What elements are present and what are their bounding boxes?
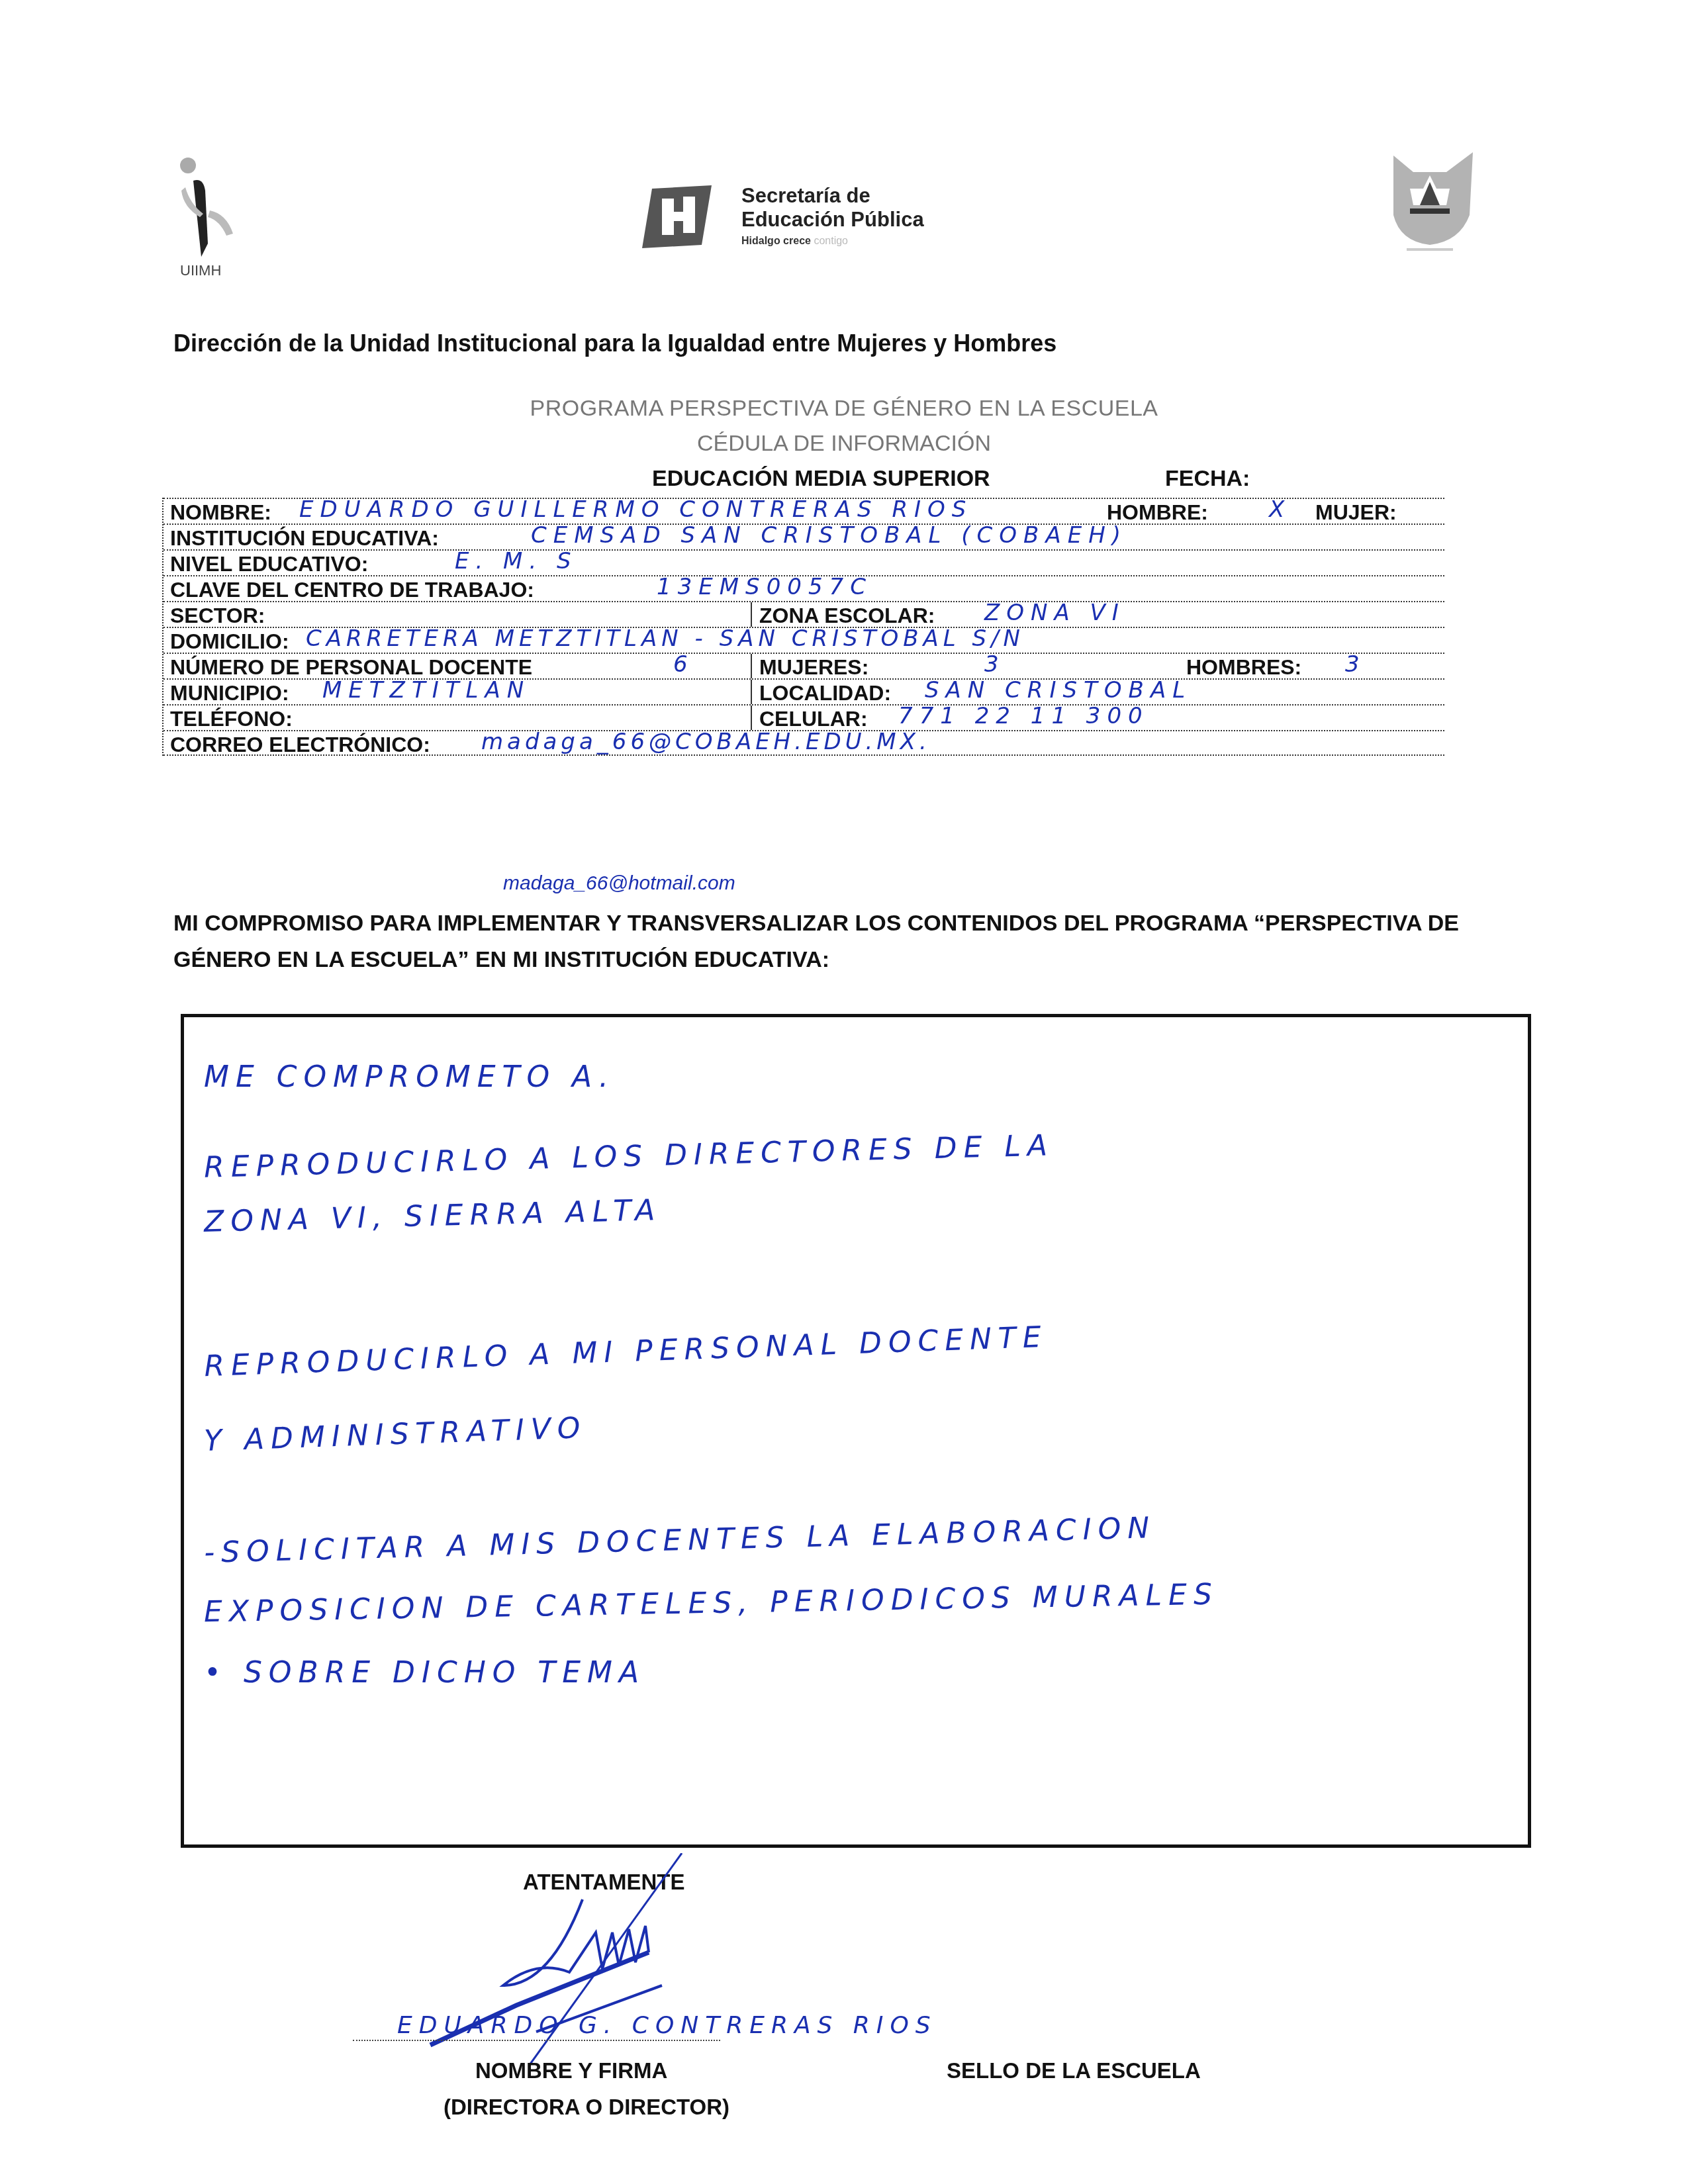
zona-field[interactable]: ZONA VI	[984, 600, 1125, 626]
uiimh-logo: UIIMH	[173, 151, 246, 283]
sector-label: SECTOR:	[170, 604, 265, 628]
program-title: PROGRAMA PERSPECTIVA DE GÉNERO EN LA ESC…	[0, 396, 1688, 422]
cedula-title: CÉDULA DE INFORMACIÓN	[0, 431, 1688, 457]
director-label: (DIRECTORA O DIRECTOR)	[444, 2095, 729, 2120]
sep-line1: Secretaría de	[741, 184, 870, 208]
nombre-firma-label: NOMBRE Y FIRMA	[475, 2058, 667, 2083]
commitment-line: ZONA VI, SIERRA ALTA	[203, 1193, 661, 1239]
signature-line	[353, 2040, 720, 2041]
municipio-label: MUNICIPIO:	[170, 681, 289, 705]
level-title: EDUCACIÓN MEDIA SUPERIOR	[652, 466, 990, 492]
alternate-email: madaga_66@hotmail.com	[503, 872, 735, 895]
localidad-field[interactable]: SAN CRISTOBAL	[925, 677, 1192, 704]
row-personal: NÚMERO DE PERSONAL DOCENTE 6 MUJERES: 3 …	[164, 653, 1444, 678]
commitment-line: REPRODUCIRLO A LOS DIRECTORES DE LA	[204, 1128, 1055, 1185]
sello-label: SELLO DE LA ESCUELA	[947, 2058, 1201, 2083]
sep-line2: Educación Pública	[741, 208, 924, 232]
personal-docente-field[interactable]: 6	[673, 651, 694, 678]
nombre-label: NOMBRE:	[170, 500, 271, 525]
localidad-label: LOCALIDAD:	[759, 681, 891, 705]
row-telefono: TELÉFONO: CELULAR: 771 22 11 300	[164, 704, 1444, 730]
nombre-field[interactable]: EDUARDO GUILLERMO CONTRERAS RIOS	[299, 496, 972, 523]
commitment-textarea[interactable]: ME COMPROMETO A. REPRODUCIRLO A LOS DIRE…	[181, 1014, 1531, 1848]
signature-name: EDUARDO G. CONTRERAS RIOS	[397, 2012, 937, 2039]
row-municipio: MUNICIPIO: METZTITLAN LOCALIDAD: SAN CRI…	[164, 678, 1444, 704]
column-divider	[751, 680, 752, 704]
institucion-field[interactable]: CEMSAD SAN CRISTOBAL (COBAEH)	[531, 522, 1127, 549]
mujeres-label: MUJERES:	[759, 655, 868, 680]
hombre-label: HOMBRE:	[1107, 500, 1208, 525]
commitment-line: EXPOSICION DE CARTELES, PERIODICOS MURAL…	[204, 1578, 1219, 1629]
hidalgo-h-icon	[635, 182, 715, 251]
correo-label: CORREO ELECTRÓNICO:	[170, 733, 430, 757]
row-correo: CORREO ELECTRÓNICO: madaga_66@COBAEH.EDU…	[164, 730, 1444, 756]
column-divider	[751, 654, 752, 678]
municipio-field[interactable]: METZTITLAN	[322, 677, 530, 704]
commitment-line: REPRODUCIRLO A MI PERSONAL DOCENTE	[203, 1320, 1048, 1383]
column-divider	[751, 602, 752, 627]
commitment-line: -SOLICITAR A MIS DOCENTES LA ELABORACION	[204, 1511, 1156, 1570]
hombres-field[interactable]: 3	[1345, 651, 1366, 678]
zona-label: ZONA ESCOLAR:	[759, 604, 935, 628]
row-sector-zona: SECTOR: ZONA ESCOLAR: ZONA VI	[164, 601, 1444, 627]
row-domicilio: DOMICILIO: CARRETERA METZTITLAN - SAN CR…	[164, 627, 1444, 653]
mujer-label: MUJER:	[1315, 500, 1397, 525]
hidalgo-coat-of-arms	[1380, 142, 1479, 261]
column-divider	[751, 705, 752, 730]
uiimh-figure-icon: UIIMH	[173, 151, 246, 283]
direction-title: Dirección de la Unidad Institucional par…	[173, 330, 1056, 357]
celular-label: CELULAR:	[759, 707, 868, 731]
row-institucion: INSTITUCIÓN EDUCATIVA: CEMSAD SAN CRISTO…	[164, 523, 1444, 549]
domicilio-label: DOMICILIO:	[170, 629, 289, 654]
domicilio-field[interactable]: CARRETERA METZTITLAN - SAN CRISTOBAL S/N	[306, 625, 1025, 652]
correo-field[interactable]: madaga_66@COBAEH.EDU.MX.	[481, 729, 931, 755]
svg-text:UIIMH: UIIMH	[180, 262, 221, 279]
commitment-line: Y ADMINISTRATIVO	[203, 1411, 587, 1458]
info-table: NOMBRE: EDUARDO GUILLERMO CONTRERAS RIOS…	[162, 498, 1444, 756]
row-clave: CLAVE DEL CENTRO DE TRABAJO: 13EMS0057C	[164, 575, 1444, 601]
nivel-field[interactable]: E. M. S	[455, 548, 578, 574]
institucion-label: INSTITUCIÓN EDUCATIVA:	[170, 526, 439, 551]
commitment-line: • SOBRE DICHO TEMA	[204, 1656, 645, 1690]
nivel-label: NIVEL EDUCATIVO:	[170, 552, 368, 576]
hombres-label: HOMBRES:	[1186, 655, 1301, 680]
row-nivel: NIVEL EDUCATIVO: E. M. S	[164, 549, 1444, 575]
telefono-label: TELÉFONO:	[170, 707, 293, 731]
fecha-label: FECHA:	[1165, 466, 1250, 492]
celular-field[interactable]: 771 22 11 300	[898, 703, 1149, 729]
clave-field[interactable]: 13EMS0057C	[657, 574, 872, 600]
clave-label: CLAVE DEL CENTRO DE TRABAJO:	[170, 578, 534, 602]
personal-docente-label: NÚMERO DE PERSONAL DOCENTE	[170, 655, 532, 680]
coat-of-arms-icon	[1380, 142, 1479, 261]
sep-logo: Secretaría de Educación Pública Hidalgo …	[635, 179, 947, 255]
row-nombre: NOMBRE: EDUARDO GUILLERMO CONTRERAS RIOS…	[164, 498, 1444, 523]
commitment-line: ME COMPROMETO A.	[204, 1060, 615, 1094]
hombre-checkbox[interactable]: X	[1269, 496, 1291, 523]
mujeres-field[interactable]: 3	[984, 651, 1006, 678]
sep-tagline: Hidalgo crece contigo	[741, 236, 848, 248]
commitment-heading: MI COMPROMISO PARA IMPLEMENTAR Y TRANSVE…	[173, 905, 1537, 978]
